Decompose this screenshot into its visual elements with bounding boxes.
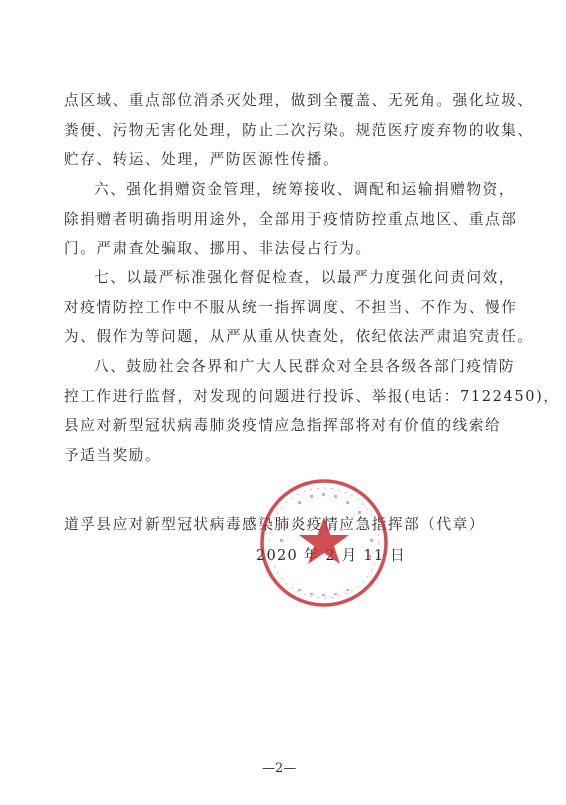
text-line: 六、强化捐赠资金管理，统筹接收、调配和运输捐赠物资， [64, 175, 514, 205]
text-line: 七、以最严标准强化督促检查，以最严力度强化问责问效， [64, 263, 514, 293]
text-line: 对疫情防控工作中不服从统一指挥调度、不担当、不作为、慢作 [64, 293, 514, 323]
paragraph-5-continuation: 点区域、重点部位消杀灭处理，做到全覆盖、无死角。强化垃圾、 粪便、污物无害化处理… [64, 86, 514, 175]
text-line: 为、假作为等问题，从严从重从快查处，依纪依法严肃追究责任。 [64, 322, 514, 352]
official-seal-icon [258, 477, 390, 609]
text-line: 予适当奖励。 [64, 441, 514, 471]
paragraph-8: 八、鼓励社会各界和广大人民群众对全县各级各部门疫情防 控工作进行监督，对发现的问… [64, 352, 514, 470]
text-line: 贮存、转运、处理，严防医源性传播。 [64, 145, 514, 175]
text-line: 粪便、污物无害化处理，防止二次污染。规范医疗废弃物的收集、 [64, 116, 514, 146]
page-number: —2— [262, 761, 296, 776]
document-page: 点区域、重点部位消杀灭处理，做到全覆盖、无死角。强化垃圾、 粪便、污物无害化处理… [0, 0, 566, 805]
text-line: 八、鼓励社会各界和广大人民群众对全县各级各部门疫情防 [64, 352, 514, 382]
text-line: 除捐赠者明确指明用途外，全部用于疫情防控重点地区、重点部 [64, 205, 514, 235]
text-line: 点区域、重点部位消杀灭处理，做到全覆盖、无死角。强化垃圾、 [64, 86, 514, 116]
text-line: 县应对新型冠状病毒肺炎疫情应急指挥部将对有价值的线索给 [64, 411, 514, 441]
text-line: 门。严肃查处骗取、挪用、非法侵占行为。 [64, 234, 514, 264]
text-line: 控工作进行监督，对发现的问题进行投诉、举报(电话：7122450)， [64, 382, 514, 412]
paragraph-6: 六、强化捐赠资金管理，统筹接收、调配和运输捐赠物资， 除捐赠者明确指明用途外，全… [64, 175, 514, 264]
paragraph-7: 七、以最严标准强化督促检查，以最严力度强化问责问效， 对疫情防控工作中不服从统一… [64, 263, 514, 352]
